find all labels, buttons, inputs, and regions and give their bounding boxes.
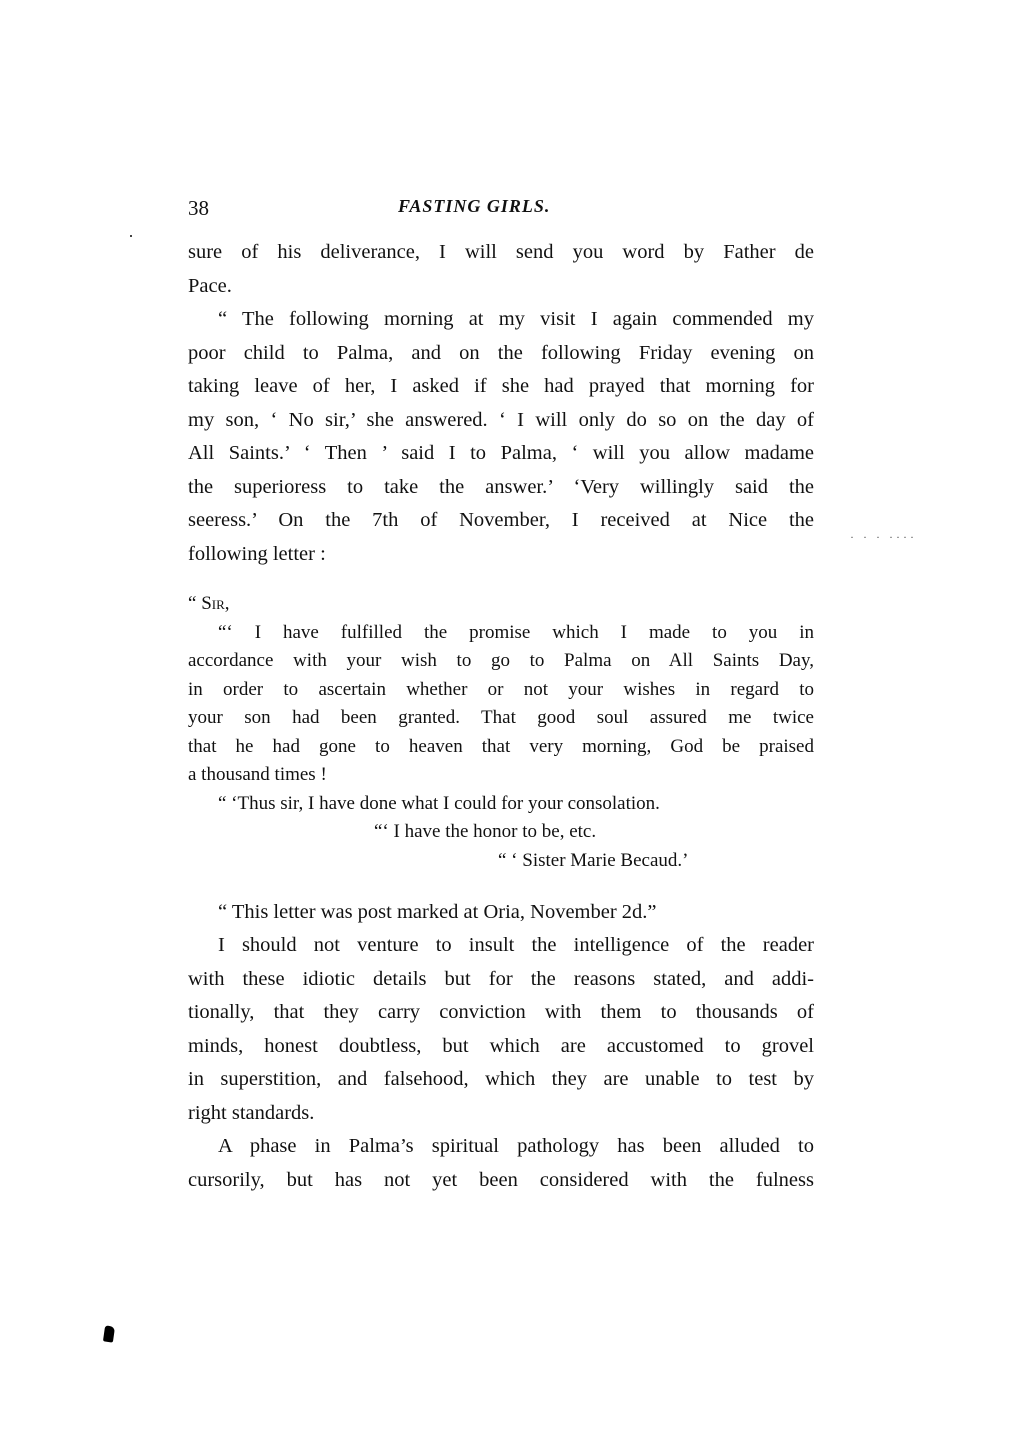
book-page: 38 FASTING GIRLS. sure of his deliveranc… <box>0 0 1025 1429</box>
paragraph-2: “ The following morning at my visit I ag… <box>188 303 814 571</box>
letter-line: in order to ascertain whether or not you… <box>188 676 814 705</box>
paragraph-1: sure of his deliverance, I will send you… <box>188 236 814 303</box>
text-line: A phase in Palma’s spiritual pathology h… <box>188 1130 814 1164</box>
postscript: “ This letter was post marked at Oria, N… <box>188 896 814 930</box>
text-line: the superioress to take the answer.’ ‘Ve… <box>188 471 814 505</box>
scan-speck <box>130 235 132 237</box>
letter-line: that he had gone to heaven that very mor… <box>188 733 814 762</box>
page-header: 38 FASTING GIRLS. <box>188 196 814 222</box>
text-line: with these idiotic details but for the r… <box>188 963 814 997</box>
paragraph-3: I should not venture to insult the intel… <box>188 929 814 1130</box>
page-number: 38 <box>188 196 209 221</box>
text-line: my son, ‘ No sir,’ she answered. ‘ I wil… <box>188 404 814 438</box>
letter-salutation: “ Sir, <box>188 590 814 619</box>
text-line: right standards. <box>188 1097 814 1131</box>
letter-line: your son had been granted. That good sou… <box>188 704 814 733</box>
quoted-letter: “ Sir, “‘ I have fulfilled the promise w… <box>188 590 814 875</box>
text-line: taking leave of her, I asked if she had … <box>188 370 814 404</box>
text-line: minds, honest doubtless, but which are a… <box>188 1030 814 1064</box>
text-line: in superstition, and falsehood, which th… <box>188 1063 814 1097</box>
text-line: Pace. <box>188 270 814 304</box>
text-line: “ This letter was post marked at Oria, N… <box>188 896 814 930</box>
running-title: FASTING GIRLS. <box>398 196 550 217</box>
paragraph-4: A phase in Palma’s spiritual pathology h… <box>188 1130 814 1197</box>
text-line: All Saints.’ ‘ Then ’ said I to Palma, ‘… <box>188 437 814 471</box>
letter-line: a thousand times ! <box>188 761 814 790</box>
text-line: I should not venture to insult the intel… <box>188 929 814 963</box>
letter-line: “‘ I have fulfilled the promise which I … <box>188 619 814 648</box>
text-line: sure of his deliverance, I will send you… <box>188 236 814 270</box>
text-line: seeress.’ On the 7th of November, I rece… <box>188 504 814 538</box>
letter-closing: “ ‘Thus sir, I have done what I could fo… <box>188 790 814 819</box>
margin-marks: · · · ···· <box>850 530 917 545</box>
text-line: tionally, that they carry conviction wit… <box>188 996 814 1030</box>
text-line: “ The following morning at my visit I ag… <box>188 303 814 337</box>
text-line: cursorily, but has not yet been consider… <box>188 1164 814 1198</box>
text-line: poor child to Palma, and on the followin… <box>188 337 814 371</box>
letter-signature: “ ‘ Sister Marie Becaud.’ <box>188 847 814 876</box>
ink-blot <box>103 1325 115 1342</box>
letter-honor-line: “‘ I have the honor to be, etc. <box>188 818 814 847</box>
letter-line: accordance with your wish to go to Palma… <box>188 647 814 676</box>
text-line: following letter : <box>188 538 814 572</box>
